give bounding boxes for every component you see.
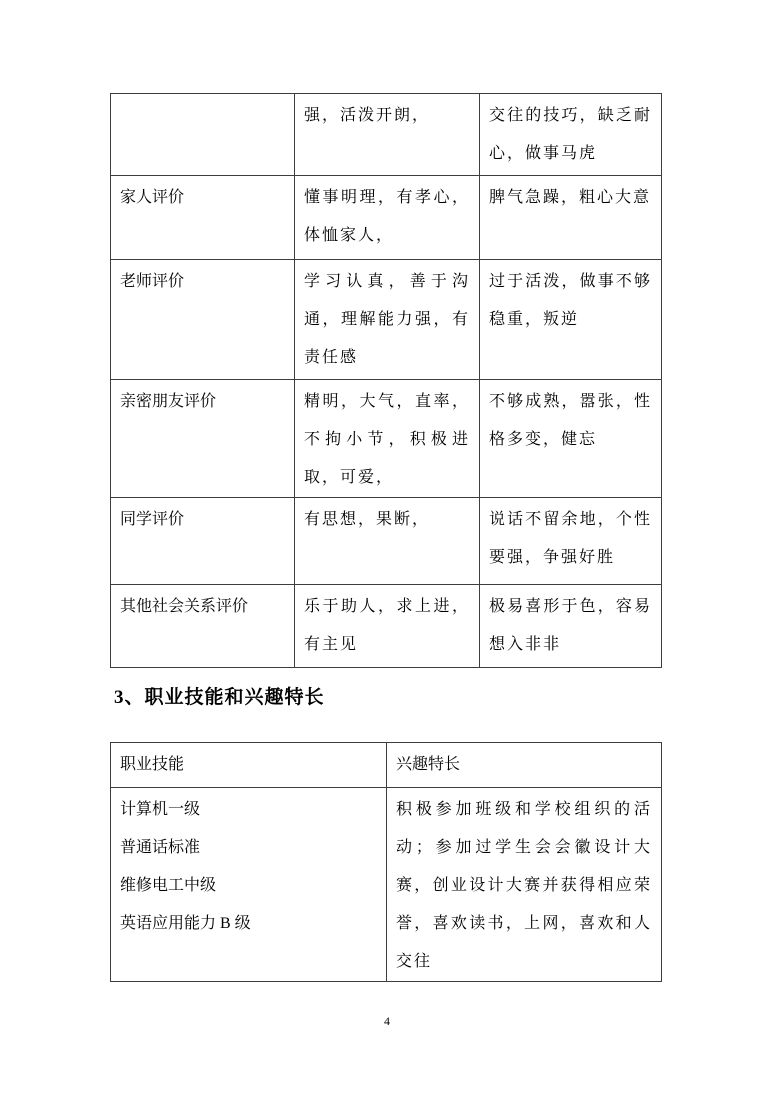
skill-item: 计算机一级 — [120, 791, 377, 829]
table-row: 老师评价 学习认真，善于沟通，理解能力强，有责任感 过于活泼，做事不够稳重，叛逆 — [111, 260, 662, 380]
table-header-row: 职业技能 兴趣特长 — [111, 743, 662, 788]
evaluation-positive-cell: 精明，大气，直率，不拘小节，积极进取，可爱， — [295, 380, 480, 498]
table-row: 强，活泼开朗， 交往的技巧，缺乏耐心，做事马虎 — [111, 94, 662, 176]
document-page: 强，活泼开朗， 交往的技巧，缺乏耐心，做事马虎 家人评价 懂事明理，有孝心，体恤… — [0, 0, 774, 1095]
table-row: 计算机一级 普通话标准 维修电工中级 英语应用能力 B 级 积极参加班级和学校组… — [111, 788, 662, 982]
evaluation-positive-cell: 有思想，果断， — [295, 498, 480, 585]
skills-cell: 计算机一级 普通话标准 维修电工中级 英语应用能力 B 级 — [111, 788, 387, 982]
table-row: 亲密朋友评价 精明，大气，直率，不拘小节，积极进取，可爱， 不够成熟，嚣张，性格… — [111, 380, 662, 498]
table-row: 其他社会关系评价 乐于助人，求上进，有主见 极易喜形于色，容易想入非非 — [111, 585, 662, 668]
evaluation-positive-cell: 学习认真，善于沟通，理解能力强，有责任感 — [295, 260, 480, 380]
row-label-cell: 家人评价 — [111, 176, 295, 260]
evaluation-table: 强，活泼开朗， 交往的技巧，缺乏耐心，做事马虎 家人评价 懂事明理，有孝心，体恤… — [110, 93, 662, 668]
evaluation-negative-cell: 极易喜形于色，容易想入非非 — [480, 585, 662, 668]
evaluation-negative-cell: 不够成熟，嚣张，性格多变，健忘 — [480, 380, 662, 498]
skill-item: 普通话标准 — [120, 829, 377, 867]
row-label-cell: 老师评价 — [111, 260, 295, 380]
row-label-cell — [111, 94, 295, 176]
evaluation-negative-cell: 过于活泼，做事不够稳重，叛逆 — [480, 260, 662, 380]
skills-header-cell: 职业技能 — [111, 743, 387, 788]
row-label-cell: 其他社会关系评价 — [111, 585, 295, 668]
evaluation-negative-cell: 说话不留余地，个性要强，争强好胜 — [480, 498, 662, 585]
evaluation-positive-cell: 强，活泼开朗， — [295, 94, 480, 176]
evaluation-positive-cell: 乐于助人，求上进，有主见 — [295, 585, 480, 668]
evaluation-positive-cell: 懂事明理，有孝心，体恤家人， — [295, 176, 480, 260]
row-label-cell: 亲密朋友评价 — [111, 380, 295, 498]
skill-item: 英语应用能力 B 级 — [120, 905, 377, 943]
interests-cell: 积极参加班级和学校组织的活动；参加过学生会会徽设计大赛，创业设计大赛并获得相应荣… — [387, 788, 662, 982]
row-label-cell: 同学评价 — [111, 498, 295, 585]
interests-header-cell: 兴趣特长 — [387, 743, 662, 788]
table-row: 同学评价 有思想，果断， 说话不留余地，个性要强，争强好胜 — [111, 498, 662, 585]
table-row: 家人评价 懂事明理，有孝心，体恤家人， 脾气急躁，粗心大意 — [111, 176, 662, 260]
interests-text: 积极参加班级和学校组织的活动；参加过学生会会徽设计大赛，创业设计大赛并获得相应荣… — [396, 791, 652, 981]
evaluation-negative-cell: 交往的技巧，缺乏耐心，做事马虎 — [480, 94, 662, 176]
evaluation-negative-cell: 脾气急躁，粗心大意 — [480, 176, 662, 260]
skill-item: 维修电工中级 — [120, 867, 377, 905]
section-heading: 3、职业技能和兴趣特长 — [114, 684, 325, 712]
page-number: 4 — [0, 1013, 774, 1029]
skills-table: 职业技能 兴趣特长 计算机一级 普通话标准 维修电工中级 英语应用能力 B 级 … — [110, 742, 662, 982]
